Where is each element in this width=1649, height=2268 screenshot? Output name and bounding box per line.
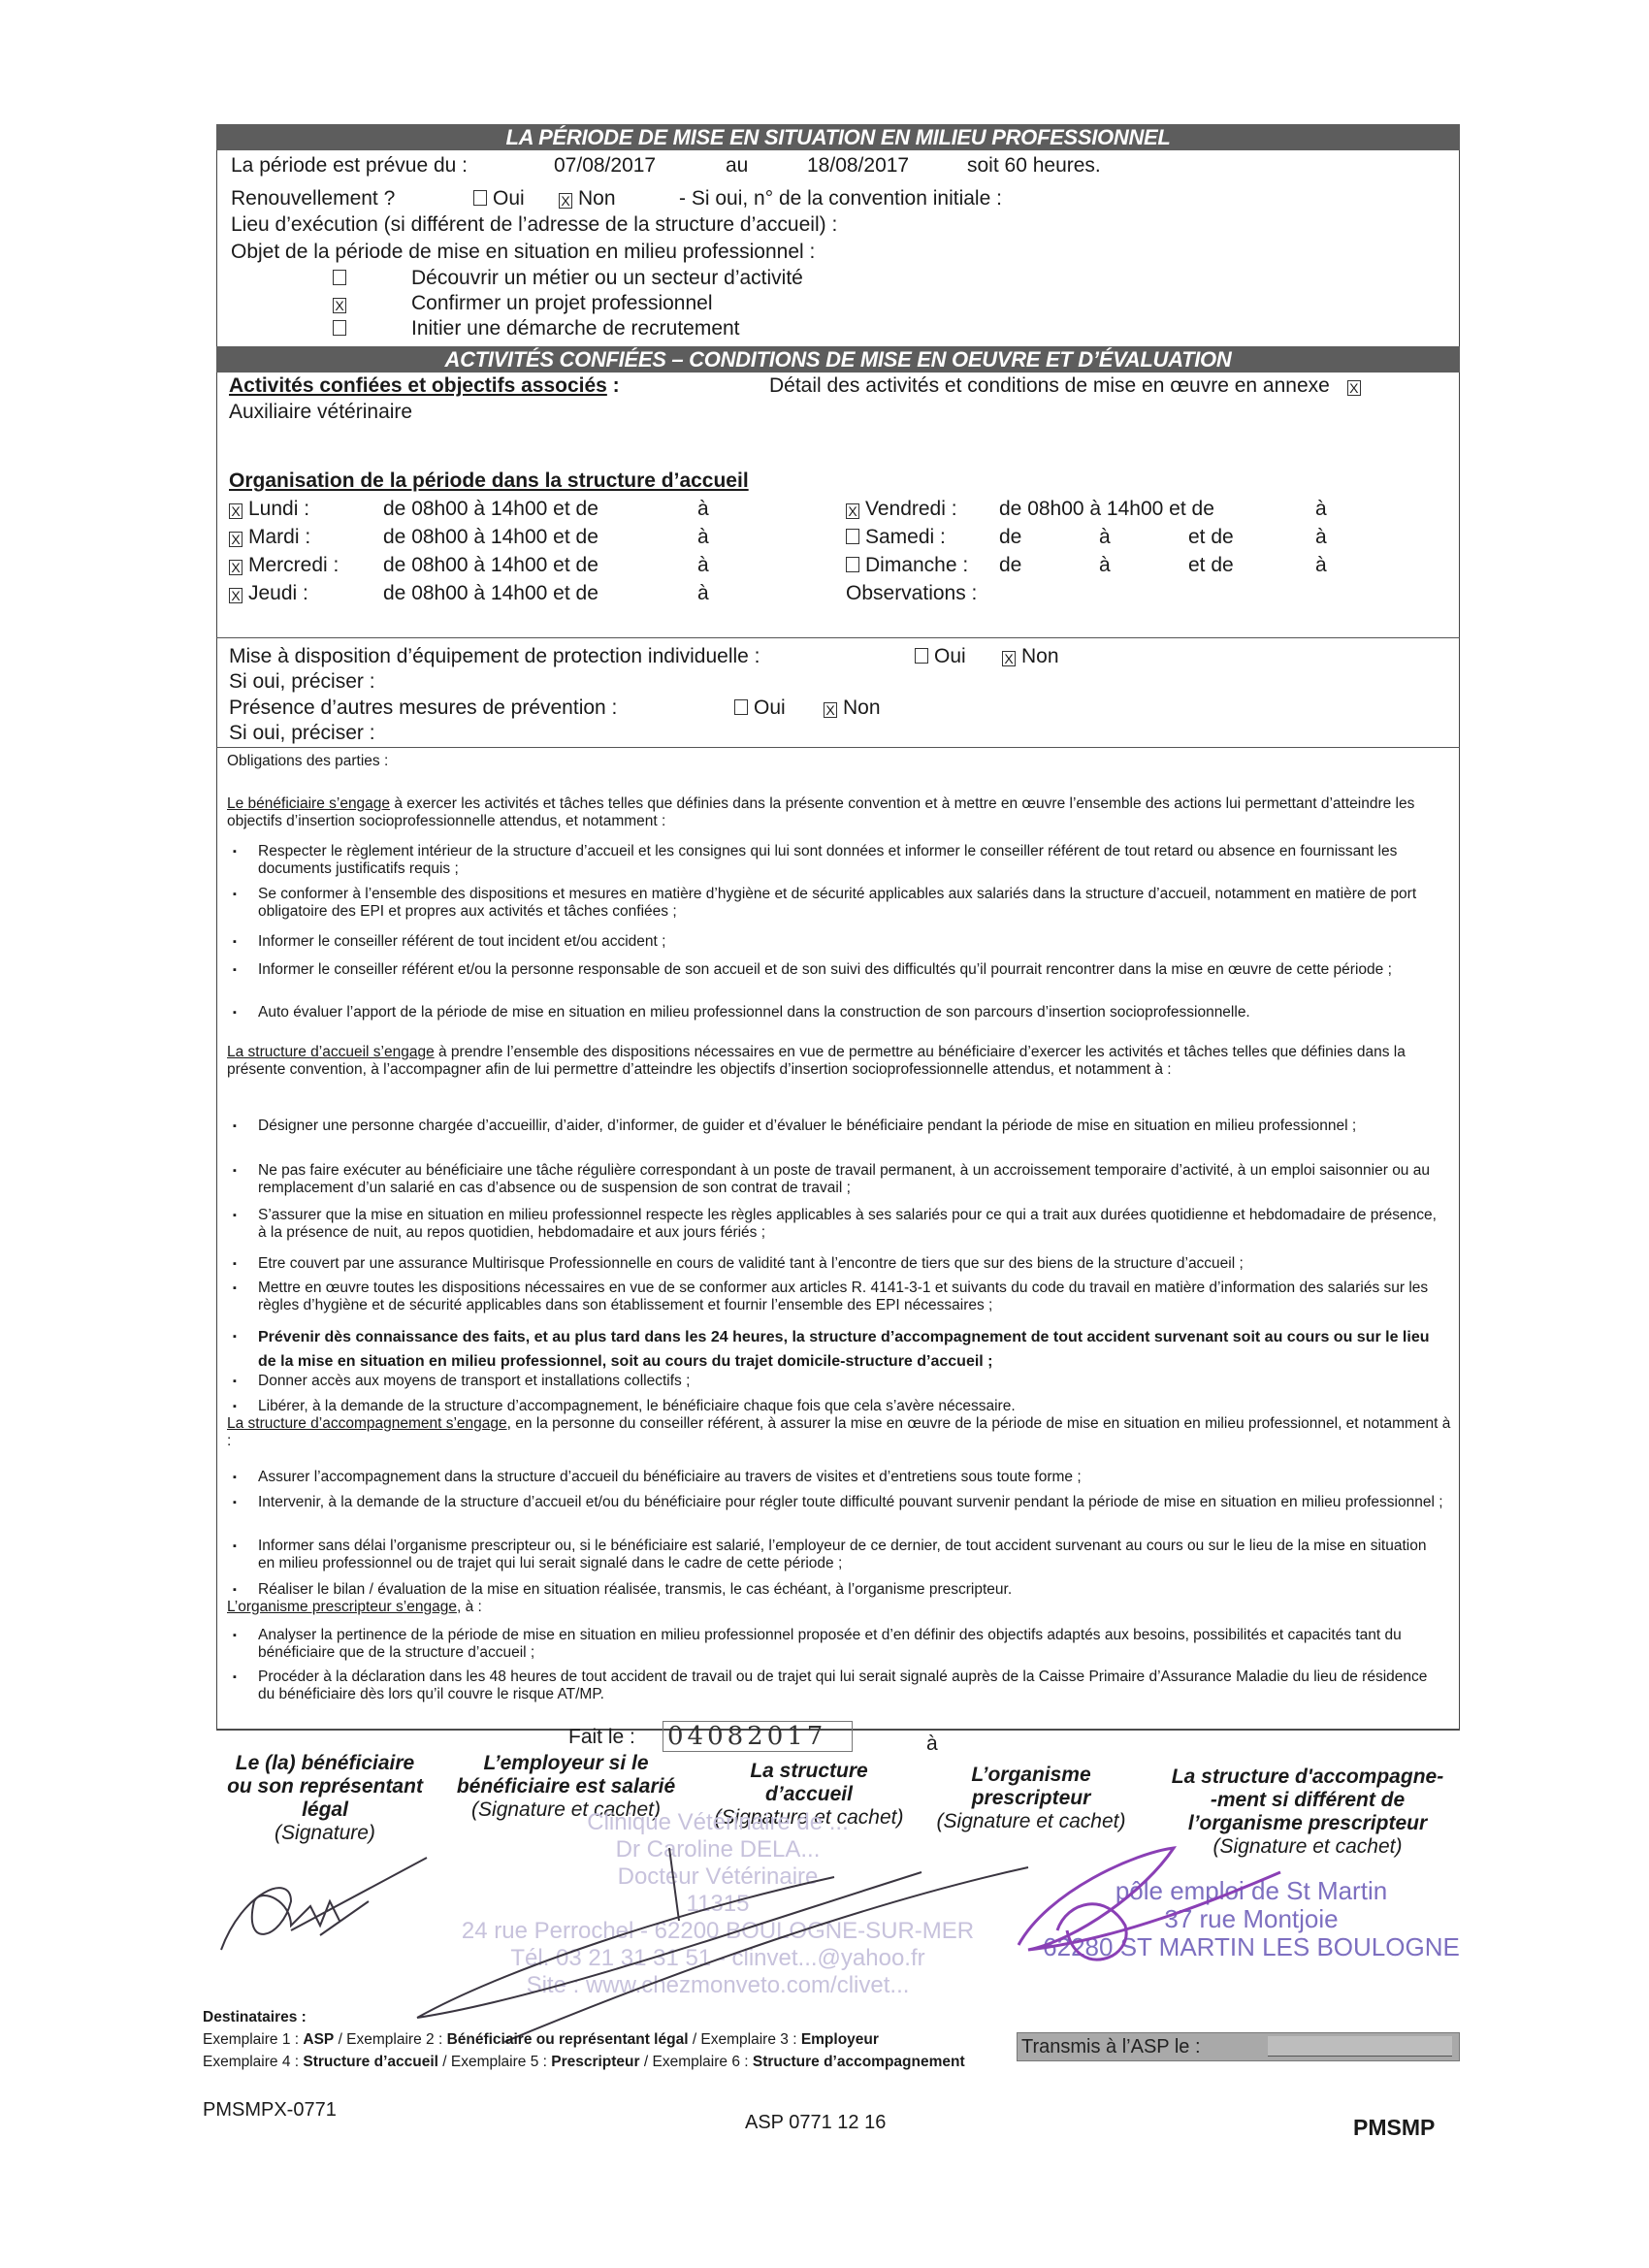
recipients-line-2: Exemplaire 4 : Structure d’accueil / Exe… xyxy=(203,2054,965,2071)
handwritten-signatures xyxy=(0,0,1649,2268)
form-code-left: PMSMPX-0771 xyxy=(203,2099,337,2122)
transmitted-box: Transmis à l’ASP le : xyxy=(1017,2032,1460,2061)
form-code-center: ASP 0771 12 16 xyxy=(745,2112,886,2134)
convention-page-2: LA PÉRIODE DE MISE EN SITUATION EN MILIE… xyxy=(0,0,1649,2268)
transmitted-label: Transmis à l’ASP le : xyxy=(1021,2036,1201,2058)
transmitted-date-field[interactable] xyxy=(1268,2036,1452,2057)
form-code-right: PMSMP xyxy=(1353,2115,1435,2141)
recipients-label: Destinataires : xyxy=(203,2009,307,2026)
recipients-line-1: Exemplaire 1 : ASP / Exemplaire 2 : Béné… xyxy=(203,2031,879,2049)
